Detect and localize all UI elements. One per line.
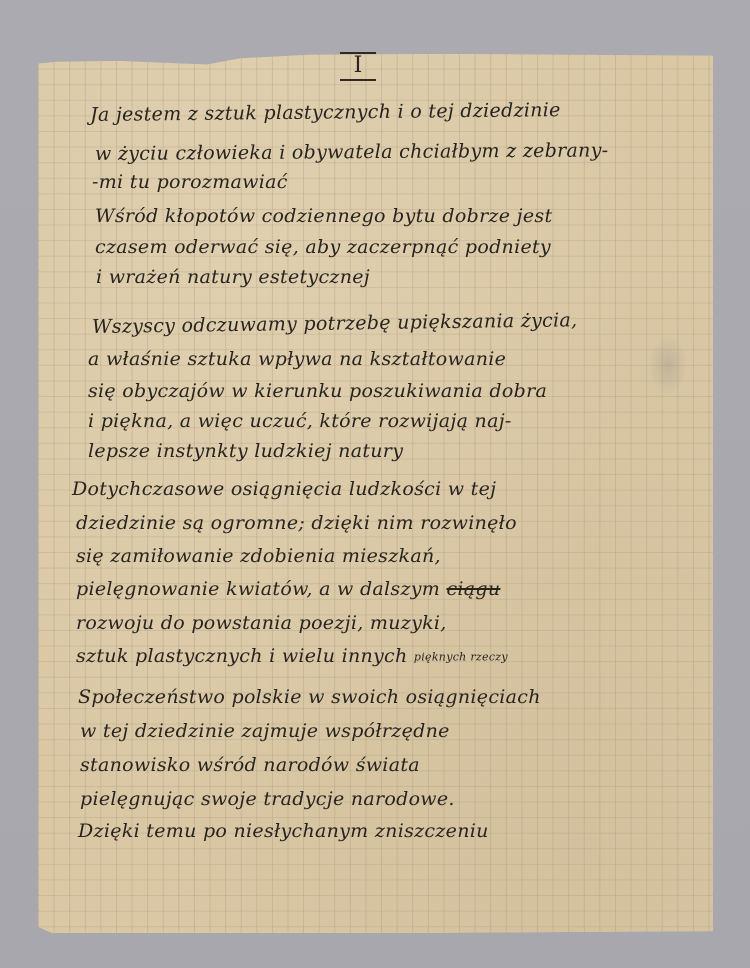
text-line-5: czasem oderwać się, aby zaczerpnąć podni…: [95, 236, 551, 258]
text-line-4: Wśród kłopotów codziennego bytu dobrze j…: [95, 205, 552, 227]
text-line-12: Dotychczasowe osiągnięcia ludzkości w te…: [72, 478, 496, 500]
text-line-16: rozwoju do powstania poezji, muzyki,: [76, 612, 447, 634]
text-line-15-content: pielęgnowanie kwiatów, a w dalszym: [76, 578, 440, 600]
text-line-11: lepsze instynkty ludzkiej natury: [88, 440, 403, 462]
text-line-17: sztuk plastycznych i wielu innych piękny…: [76, 645, 508, 667]
text-line-3: -mi tu porozmawiać: [92, 171, 288, 193]
text-line-18: Społeczeństwo polskie w swoich osiągnięc…: [78, 686, 541, 708]
small-inline-addition: pięknych rzeczy: [414, 651, 508, 664]
text-line-2: w życiu człowieka i obywatela chciałbym …: [95, 139, 609, 165]
text-line-9: się obyczajów w kierunku poszukiwania do…: [88, 380, 547, 402]
text-line-20: stanowisko wśród narodów świata: [80, 754, 420, 776]
text-line-21: pielęgnując swoje tradycje narodowe.: [80, 788, 455, 810]
scan-background: I Ja jestem z sztuk plastycznych i o tej…: [0, 0, 750, 968]
text-line-22: Dzięki temu po niesłychanym zniszczeniu: [78, 820, 489, 842]
text-line-17-content: sztuk plastycznych i wielu innych: [76, 645, 408, 667]
text-line-14: się zamiłowanie zdobienia mieszkań,: [76, 545, 441, 567]
text-line-8: a właśnie sztuka wpływa na kształtowanie: [88, 348, 506, 370]
struck-out-word: ciągu: [446, 578, 500, 600]
text-line-15: pielęgnowanie kwiatów, a w dalszym ciągu: [76, 578, 500, 600]
text-line-10: i piękna, a więc uczuć, które rozwijają …: [88, 410, 512, 432]
ink-smudge: [648, 335, 688, 395]
page-heading-roman-numeral: I: [340, 52, 376, 81]
text-line-13: dziedzinie są ogromne; dzięki nim rozwin…: [76, 512, 517, 534]
text-line-6: i wrażeń natury estetycznej: [96, 266, 370, 288]
text-line-19: w tej dziedzinie zajmuje współrzędne: [80, 720, 450, 742]
